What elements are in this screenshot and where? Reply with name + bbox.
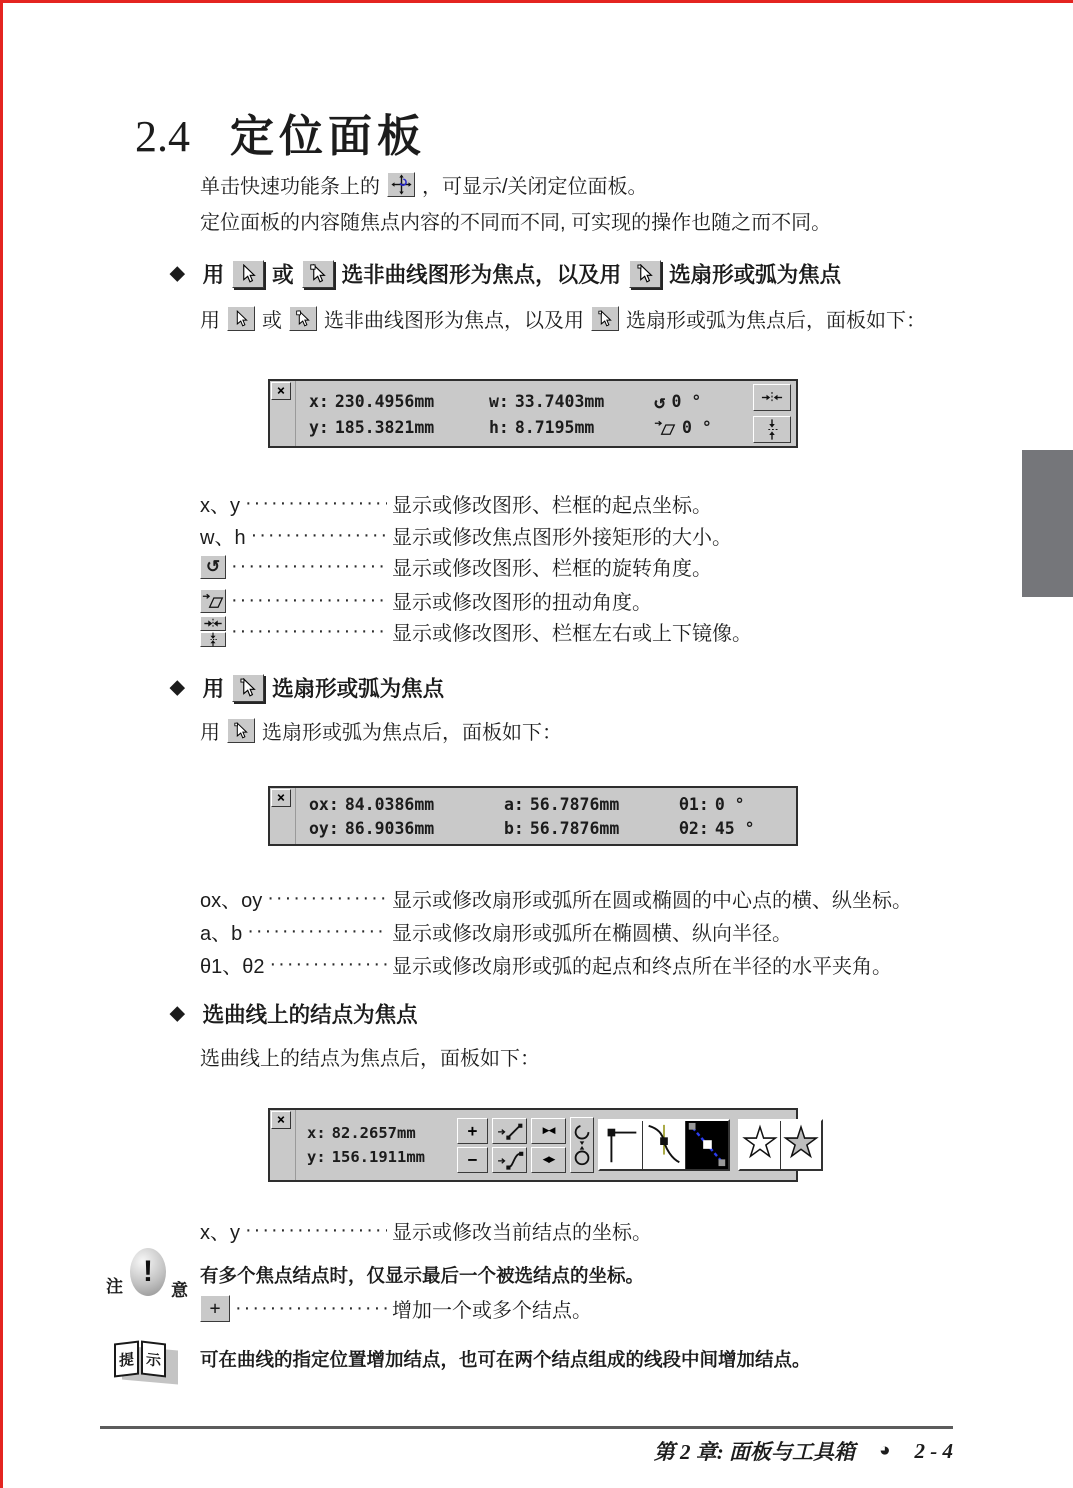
section-number: 2.4: [135, 111, 190, 162]
mirror-vertical-button[interactable]: [753, 416, 791, 443]
def-row-wh: w、h·····································…: [200, 521, 1040, 550]
close-icon: ×: [277, 791, 285, 805]
paragraph-text: 用: [200, 716, 220, 745]
panel-row: y: 185.3821mm h: 8.7195mm 0 °: [309, 418, 796, 437]
field-label: θ1:: [679, 795, 709, 814]
field-label: a:: [504, 795, 524, 814]
arc-select-cursor-icon: [629, 260, 661, 288]
close-icon: ×: [277, 384, 285, 398]
field-value: 230.4956mm: [335, 392, 434, 411]
panel-row: x: 230.4956mm w: 33.7403mm ↺ 0 °: [309, 391, 796, 413]
heading-text: 用: [203, 258, 225, 289]
def-desc: 显示或修改图形、栏框的旋转角度。: [392, 552, 712, 581]
heading-text: 选曲线上的结点为焦点: [203, 998, 418, 1029]
field-value: 56.7876mm: [530, 819, 619, 838]
def-term: x、y: [200, 489, 240, 518]
exclamation-ball-icon: !: [130, 1248, 166, 1296]
diamond-bullet: ◆: [170, 676, 185, 699]
intro-line-2: 定位面板的内容随焦点内容的不同而不同, 可实现的操作也随之而不同。: [200, 206, 831, 235]
note-char-left: 注: [106, 1272, 123, 1297]
book-page-left: 提: [114, 1340, 139, 1377]
paragraph-text: 选扇形或弧为焦点后，面板如下：: [262, 716, 562, 745]
section2-heading: ◆ 用 选扇形或弧为焦点: [170, 672, 444, 703]
close-icon: ×: [277, 1113, 285, 1127]
plus-icon: +: [200, 1295, 230, 1322]
mirror-buttons: [753, 384, 791, 443]
leader-dots: ········································…: [231, 620, 387, 643]
star-outline-option[interactable]: [740, 1121, 781, 1169]
heading-text: 选非曲线图形为焦点，以及用: [342, 258, 622, 289]
a-field[interactable]: a: 56.7876mm: [504, 795, 679, 814]
field-value: 156.1911mm: [332, 1148, 425, 1166]
h-field[interactable]: h: 8.7195mm: [489, 418, 654, 437]
red-left-edge: [0, 0, 3, 1488]
field-value: 84.0386mm: [345, 795, 434, 814]
diamond-bullet: ◆: [170, 262, 185, 285]
field-value: 0 °: [715, 795, 745, 814]
skew-icon: [200, 589, 226, 613]
rotate-icon: ↺: [200, 555, 226, 579]
def-desc: 显示或修改图形、栏框左右或上下镜像。: [392, 617, 752, 646]
paragraph-text: 用: [200, 304, 220, 333]
arc-select-cursor-icon: [591, 306, 619, 331]
intro-text: ，可显示/关闭定位面板。: [422, 170, 648, 199]
leader-dots: ········································…: [270, 953, 388, 976]
def-desc: 显示或修改图形、栏框的起点坐标。: [392, 489, 712, 518]
move-panel-toggle-icon: [387, 172, 415, 197]
def-desc: 显示或修改焦点图形外接矩形的大小。: [392, 521, 732, 550]
b-field[interactable]: b: 56.7876mm: [504, 819, 679, 838]
field-label: θ2:: [679, 819, 709, 838]
def-row-mirror: ········································…: [200, 616, 1040, 647]
leader-dots: ········································…: [235, 1297, 387, 1320]
def-desc: 显示或修改扇形或弧所在圆或椭圆的中心点的横、纵坐标。: [392, 884, 912, 913]
section3-heading: ◆ 选曲线上的结点为焦点: [170, 998, 418, 1029]
leader-dots: ········································…: [251, 524, 387, 547]
close-button[interactable]: ×: [271, 789, 291, 807]
section-title: 定位面板: [230, 100, 426, 164]
diamond-bullet: ◆: [170, 1002, 185, 1025]
field-label: ox:: [309, 795, 339, 814]
footer: 第 2 章: 面板与工具箱 ◕ 2 - 4: [100, 1436, 953, 1466]
position-panel-node: × x: 82.2657mm y: 156.1911mm + −: [268, 1108, 798, 1182]
corner-node-option[interactable]: [600, 1121, 643, 1169]
footer-page-number: 2 - 4: [915, 1439, 954, 1464]
def-term: x、y: [200, 1216, 240, 1245]
smooth-node-option[interactable]: [643, 1121, 686, 1169]
def-desc: 增加一个或多个结点。: [392, 1294, 592, 1323]
field-label: x:: [309, 392, 329, 411]
ox-field[interactable]: ox: 84.0386mm: [309, 795, 504, 814]
skew-icon: [654, 419, 676, 436]
node-select-cursor-icon: [289, 306, 317, 331]
note-icon: 注 ! 意: [104, 1248, 196, 1314]
arc-select-cursor-icon: [232, 674, 264, 702]
def-term: θ1、θ2: [200, 950, 265, 979]
star-fill-selector: [738, 1119, 823, 1171]
theta2-field[interactable]: θ2: 45 °: [679, 819, 755, 838]
skew-field[interactable]: 0 °: [654, 418, 712, 437]
delete-node-button[interactable]: −: [457, 1147, 488, 1173]
leader-dots: ········································…: [245, 492, 387, 515]
leader-dots: ········································…: [245, 1219, 387, 1242]
field-value: 0 °: [671, 392, 701, 411]
leader-dots: ········································…: [231, 555, 387, 578]
close-button[interactable]: ×: [271, 382, 291, 400]
def-row-ab: a、b·····································…: [200, 917, 1040, 946]
leader-dots: ········································…: [247, 920, 387, 943]
open-close-curve-button[interactable]: [570, 1117, 594, 1173]
field-value: 82.2657mm: [332, 1124, 416, 1142]
footer-rule: [100, 1426, 953, 1429]
mirror-horizontal-button[interactable]: [753, 384, 791, 411]
heading-text: 或: [272, 258, 294, 289]
page-title: 2.4 定位面板: [135, 100, 426, 164]
section1-heading: ◆ 用 或 选非曲线图形为焦点，以及用 选扇形或弧为焦点: [170, 258, 841, 289]
node-type-selector: [598, 1119, 730, 1171]
heading-text: 用: [203, 672, 225, 703]
panel-fields: ox: 84.0386mm a: 56.7876mm θ1: 0 ° oy: 8…: [295, 788, 796, 844]
field-value: 185.3821mm: [335, 418, 434, 437]
red-top-edge: [0, 0, 1073, 3]
field-value: 33.7403mm: [515, 392, 604, 411]
def-row-node-xy: x、y·····································…: [200, 1216, 1040, 1245]
select-cursor-icon: [227, 306, 255, 331]
split-node-button[interactable]: ◀▶: [531, 1147, 566, 1173]
paragraph-text: 或: [262, 304, 282, 333]
field-value: 45 °: [715, 819, 755, 838]
panel-row: oy: 86.9036mm b: 56.7876mm θ2: 45 °: [309, 819, 796, 838]
heading-text: 选扇形或弧为焦点: [272, 672, 444, 703]
y-field[interactable]: y: 185.3821mm: [309, 418, 489, 437]
section1-paragraph: 用 或 选非曲线图形为焦点，以及用 选扇形或弧为焦点后，面板如下：: [200, 304, 926, 333]
def-row-rotate: ↺ ······································…: [200, 552, 1040, 581]
def-desc: 显示或修改扇形或弧所在椭圆横、纵向半径。: [392, 917, 792, 946]
tip-text: 可在曲线的指定位置增加结点，也可在两个结点组成的线段中间增加结点。: [200, 1346, 811, 1372]
mirror-icons: [200, 616, 226, 647]
field-label: x:: [307, 1124, 326, 1142]
intro-text: 定位面板的内容随焦点内容的不同而不同, 可实现的操作也随之而不同。: [200, 206, 831, 235]
def-term: a、b: [200, 917, 242, 946]
position-panel-shape: × x: 230.4956mm w: 33.7403mm ↺ 0 ° y: [268, 379, 798, 448]
mirror-horizontal-icon: [200, 616, 226, 631]
panel-fields: x: 82.2657mm y: 156.1911mm + −: [295, 1110, 796, 1180]
field-label: h:: [489, 418, 509, 437]
field-value: 0 °: [682, 418, 712, 437]
select-cursor-icon: [232, 260, 264, 288]
intro-text: 单击快速功能条上的: [200, 170, 380, 199]
intro-line-1: 单击快速功能条上的 ，可显示/关闭定位面板。: [200, 170, 648, 199]
field-label: y:: [307, 1148, 326, 1166]
paragraph-text: 选扇形或弧为焦点后，面板如下：: [626, 304, 926, 333]
section2-paragraph: 用 选扇形或弧为焦点后，面板如下：: [200, 716, 562, 745]
def-term: w、h: [200, 521, 246, 550]
field-label: oy:: [309, 819, 339, 838]
merge-nodes-button[interactable]: ▶◀: [531, 1118, 566, 1144]
field-value: 56.7876mm: [530, 795, 619, 814]
def-row-xy: x、y·····································…: [200, 489, 1040, 518]
section3-paragraph: 选曲线上的结点为焦点后，面板如下：: [200, 1042, 540, 1071]
y-field[interactable]: y: 156.1911mm: [307, 1148, 453, 1166]
tip-book-icon: 提 示: [112, 1336, 182, 1392]
note-char-right: 意: [171, 1276, 188, 1301]
field-value: 8.7195mm: [515, 418, 594, 437]
def-row-theta: θ1、θ2···································…: [200, 950, 1040, 979]
def-row-skew: ········································…: [200, 586, 1040, 615]
add-node-button[interactable]: +: [457, 1118, 488, 1144]
star-filled-option[interactable]: [781, 1121, 821, 1169]
oy-field[interactable]: oy: 86.9036mm: [309, 819, 504, 838]
def-desc: 显示或修改图形的扭动角度。: [392, 586, 652, 615]
field-label: w:: [489, 392, 509, 411]
pie-icon: ◕: [879, 1440, 890, 1462]
arc-select-cursor-icon: [227, 718, 255, 743]
panel-fields: x: 230.4956mm w: 33.7403mm ↺ 0 ° y: 185.…: [295, 381, 796, 446]
panel-row: ox: 84.0386mm a: 56.7876mm θ1: 0 °: [309, 795, 796, 814]
field-value: 86.9036mm: [345, 819, 434, 838]
def-desc: 显示或修改扇形或弧的起点和终点所在半径的水平夹角。: [392, 950, 892, 979]
x-field[interactable]: x: 230.4956mm: [309, 392, 489, 411]
mirror-vertical-icon: [200, 632, 226, 647]
note-text: 有多个焦点结点时，仅显示最后一个被选结点的坐标。: [200, 1262, 644, 1288]
paragraph-text: 选非曲线图形为焦点，以及用: [324, 304, 584, 333]
position-panel-arc: × ox: 84.0386mm a: 56.7876mm θ1: 0 °: [268, 786, 798, 846]
close-button[interactable]: ×: [271, 1111, 291, 1129]
to-line-button[interactable]: [492, 1118, 527, 1144]
leader-dots: ········································…: [267, 887, 387, 910]
to-curve-button[interactable]: [492, 1147, 527, 1173]
manual-page: 2.4 定位面板 单击快速功能条上的 ，可显示/关闭定位面板。 定位面板的内容随…: [0, 0, 1073, 1488]
def-desc: 显示或修改当前结点的坐标。: [392, 1216, 652, 1245]
paragraph-text: 选曲线上的结点为焦点后，面板如下：: [200, 1042, 540, 1071]
book-page-right: 示: [141, 1340, 166, 1377]
field-label: y:: [309, 418, 329, 437]
footer-chapter: 第 2 章: 面板与工具箱: [654, 1436, 855, 1466]
rotate-field[interactable]: ↺ 0 °: [654, 391, 701, 413]
x-field[interactable]: x: 82.2657mm: [307, 1124, 453, 1142]
heading-text: 选扇形或弧为焦点: [669, 258, 841, 289]
w-field[interactable]: w: 33.7403mm: [489, 392, 654, 411]
def-term: ox、oy: [200, 884, 262, 913]
def-row-oxoy: ox、oy···································…: [200, 884, 1040, 913]
rotate-icon: ↺: [654, 391, 665, 413]
leader-dots: ········································…: [231, 589, 387, 612]
field-label: b:: [504, 819, 524, 838]
theta1-field[interactable]: θ1: 0 °: [679, 795, 745, 814]
def-row-add-node: + ······································…: [200, 1294, 1040, 1323]
node-select-cursor-icon: [302, 260, 334, 288]
selected-node-option[interactable]: [686, 1121, 728, 1169]
